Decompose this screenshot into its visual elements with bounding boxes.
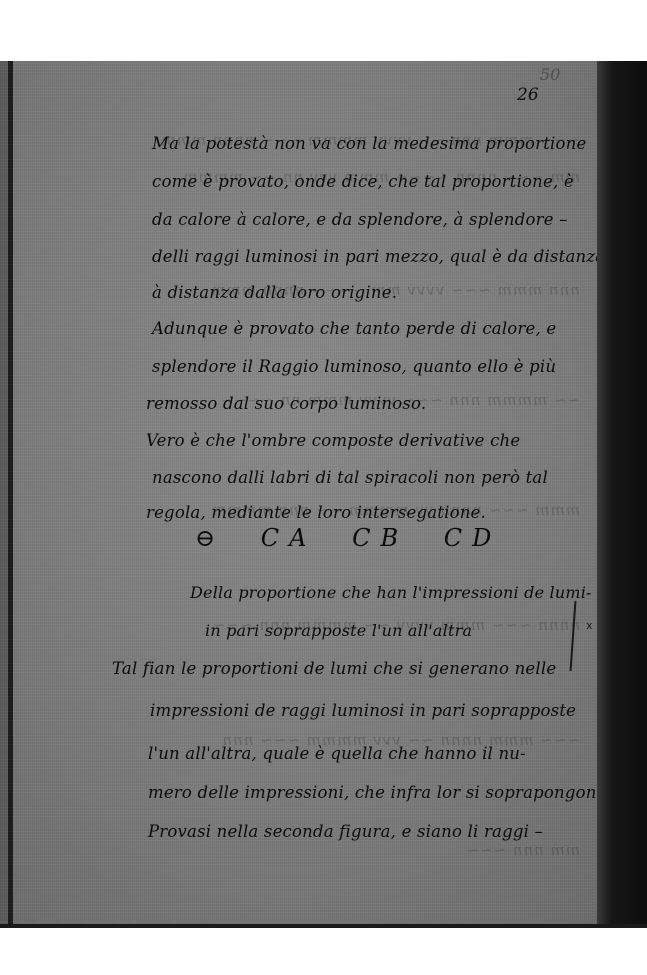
symbol-cb: CB bbox=[352, 524, 408, 552]
left-page-edge bbox=[0, 61, 8, 928]
text-line-8: remosso dal suo corpo luminoso. bbox=[146, 394, 426, 413]
paragraph-line-3: l'un all'altra, quale è quella che hanno… bbox=[148, 744, 526, 763]
text-line-2: come è provato, onde dice, che tal propo… bbox=[152, 172, 574, 191]
symbol-cd: CD bbox=[444, 524, 502, 552]
bottom-page-edge bbox=[0, 924, 647, 928]
paragraph-line-1: Tal fian le proportioni de lumi che si g… bbox=[112, 659, 556, 678]
section-heading-line-2: in pari soprapposte l'un all'altra bbox=[205, 621, 472, 640]
manuscript-scan: ~~~ mmm nnn ~~ vvvv mmmm ~~~ nnnn mmm mm… bbox=[0, 61, 647, 928]
figure-symbols: ⊖ CA CB CD bbox=[195, 524, 519, 552]
folio-number: 26 bbox=[517, 85, 539, 105]
symbol-mark: ⊖ bbox=[195, 524, 225, 552]
bleed-through: mm nnn ~~~ bbox=[20, 841, 580, 859]
section-heading-line-1: Della proportione che han l'impressioni … bbox=[190, 583, 592, 602]
text-line-7: splendore il Raggio luminoso, quanto ell… bbox=[152, 357, 556, 376]
text-line-3: da calore à calore, e da splendore, à sp… bbox=[152, 210, 568, 229]
binding-edge bbox=[597, 61, 647, 928]
text-line-10: nascono dalli labri di tal spiracoli non… bbox=[152, 468, 548, 487]
text-line-5: à distanza dalla loro origine. bbox=[152, 283, 397, 302]
paragraph-line-5: Provasi nella seconda figura, e siano li… bbox=[148, 822, 543, 841]
text-line-6: Adunque è provato che tanto perde di cal… bbox=[152, 319, 556, 338]
margin-pen-stroke bbox=[570, 601, 577, 671]
margin-mark: x bbox=[586, 619, 593, 632]
text-line-1: Ma la potestà non va con la medesima pro… bbox=[152, 134, 586, 153]
folio-number-faint: 50 bbox=[540, 65, 560, 84]
text-line-4: delli raggi luminosi in pari mezzo, qual… bbox=[152, 247, 605, 266]
paragraph-line-2: impressioni de raggi luminosi in pari so… bbox=[150, 701, 576, 720]
text-line-9: Vero è che l'ombre composte derivative c… bbox=[146, 431, 520, 450]
text-line-11: regola, mediante le loro intersegatione. bbox=[146, 503, 486, 522]
gutter-line bbox=[8, 61, 13, 928]
paragraph-line-4: mero delle impressioni, che infra lor si… bbox=[148, 783, 612, 802]
symbol-ca: CA bbox=[261, 524, 317, 552]
